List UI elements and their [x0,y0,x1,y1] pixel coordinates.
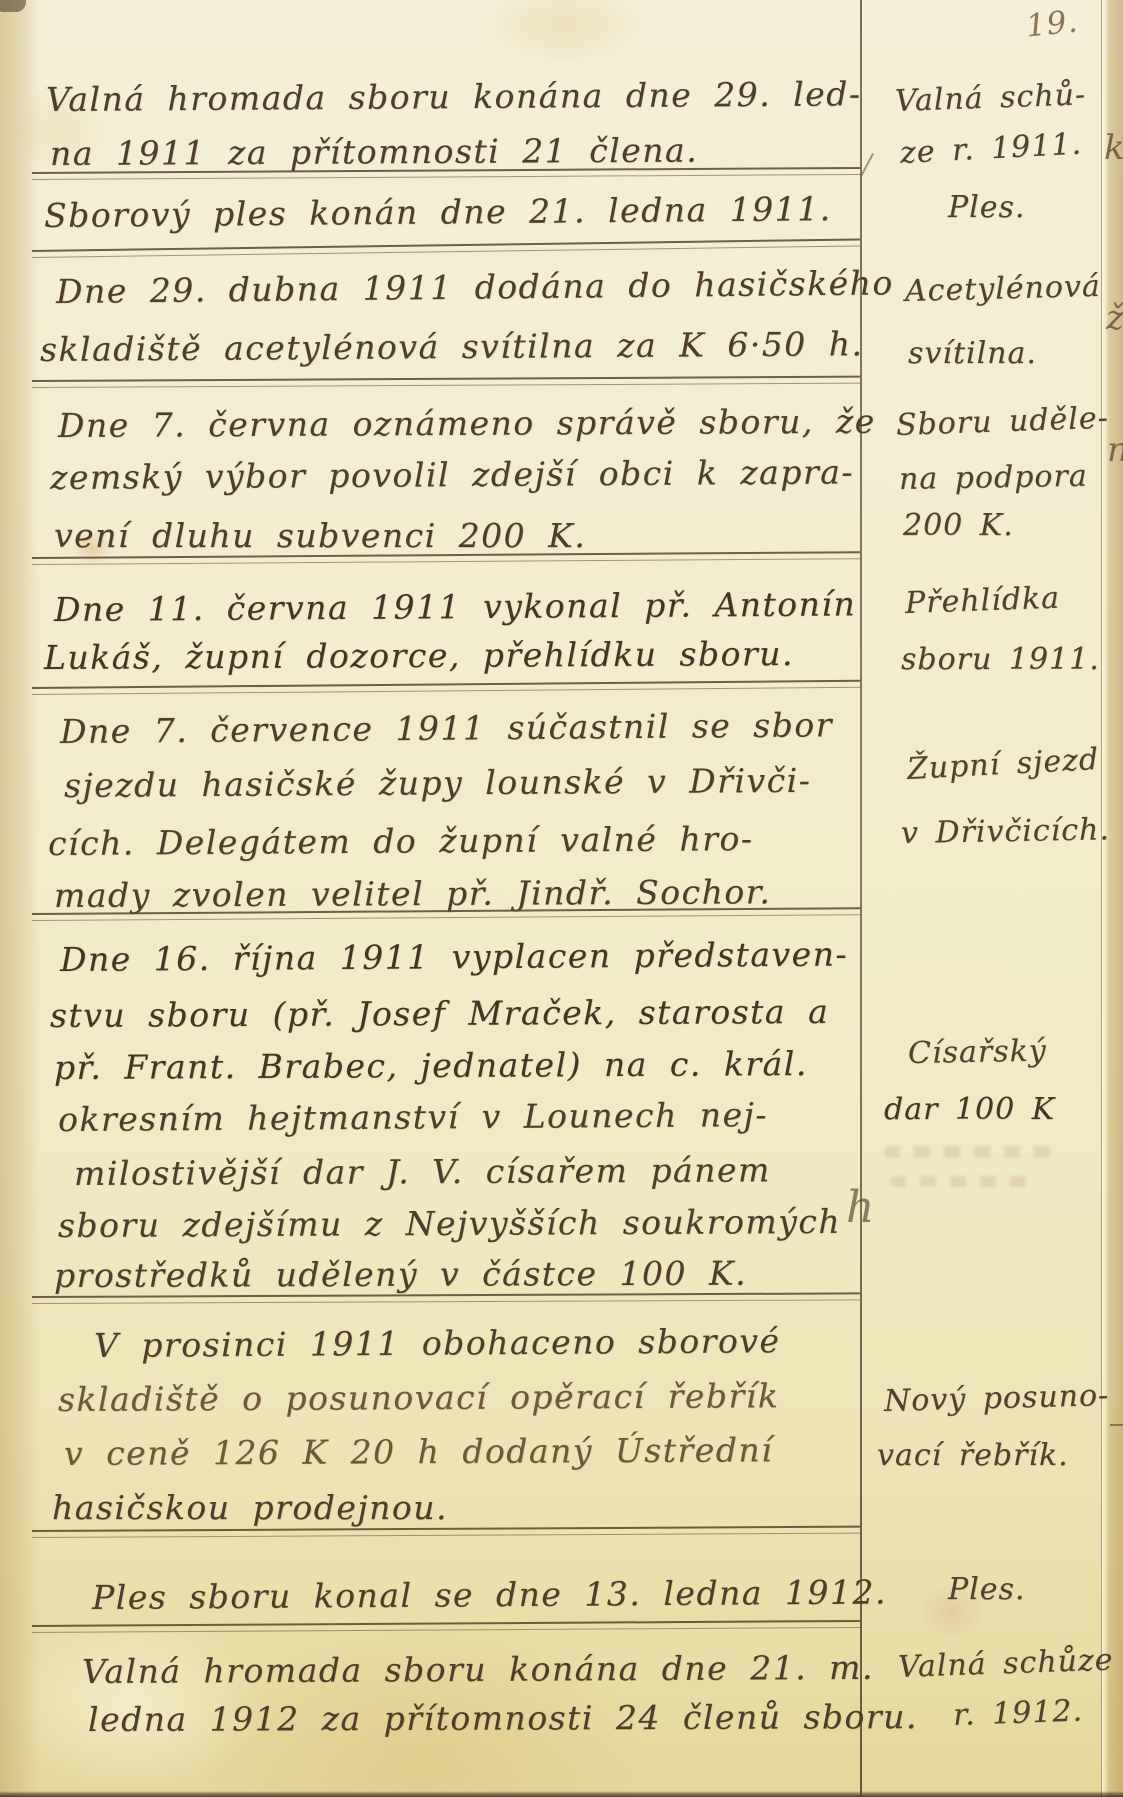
stray-ink-flourish: h [846,1182,874,1233]
bleed-through-ghost [884,1146,1064,1158]
ledger-entry: Valná hromada sboru konána dne 21. m. le… [0,0,1123,1797]
bleed-through-ghost [890,1176,1040,1187]
manuscript-page: 19. Valná hromada sboru konána dne 29. l… [0,0,1123,1797]
entry-margin-note: r. 1912. [952,1693,1083,1733]
entry-margin-note: Valná schůze [897,1642,1114,1685]
entry-main-line: ledna 1912 za přítomnosti 24 členů sboru… [88,1697,918,1739]
entry-main-line: Valná hromada sboru konána dne 21. m. [82,1648,874,1691]
edge-ink-fragment: ž [1106,298,1123,338]
edge-ink-fragment: n [1107,430,1123,470]
edge-ink-fragment: k [1104,128,1123,168]
